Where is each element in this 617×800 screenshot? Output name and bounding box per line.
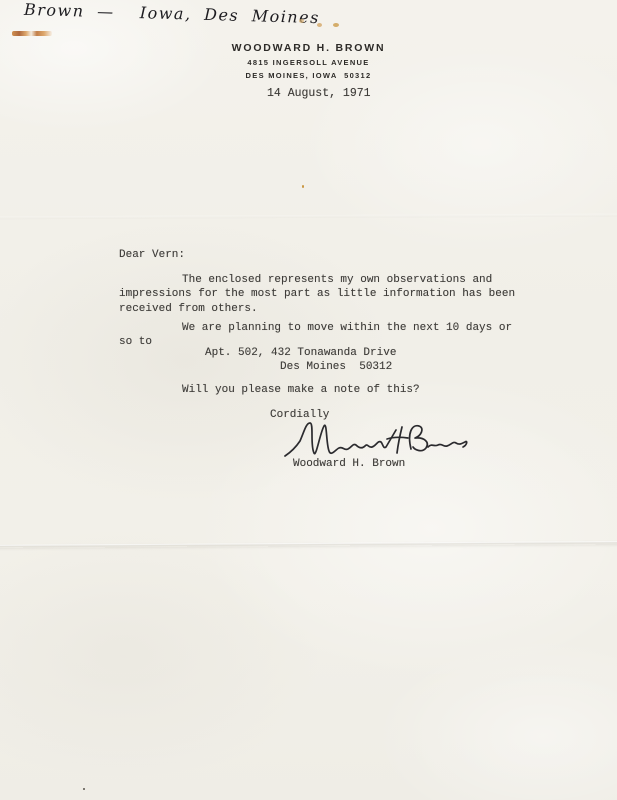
rust-stain-dot (317, 23, 322, 27)
fold-crease-upper (0, 214, 617, 220)
body-line: so to (119, 336, 152, 349)
handwritten-annotation: Brown — Iowa, Des Moines (24, 0, 320, 27)
fold-crease-lower (0, 541, 617, 548)
paper-speck (83, 788, 85, 790)
paper-speck (302, 185, 304, 188)
rust-stain-dot (333, 23, 339, 27)
letterhead-address-line1: 4815 INGERSOLL AVENUE (0, 58, 617, 67)
letterhead: WOODWARD H. BROWN 4815 INGERSOLL AVENUE … (0, 42, 617, 80)
letterhead-address-line2: DES MOINES, IOWA 50312 (0, 71, 617, 80)
body-line: Will you please make a note of this? (182, 384, 420, 397)
rust-stain-dot (299, 19, 304, 23)
letter-page: Brown — Iowa, Des Moines WOODWARD H. BRO… (0, 0, 617, 800)
new-address-line1: Apt. 502, 432 Tonawanda Drive (205, 347, 396, 360)
new-address-line2: Des Moines 50312 (280, 361, 392, 374)
body-line: The enclosed represents my own observati… (182, 274, 492, 287)
body-line: We are planning to move within the next … (182, 322, 512, 335)
rust-stain-smudge (12, 31, 52, 36)
date-line: 14 August, 1971 (267, 87, 371, 100)
typed-signature-name: Woodward H. Brown (293, 458, 405, 471)
greeting-line: Dear Vern: (119, 249, 185, 262)
body-line: impressions for the most part as little … (119, 288, 515, 301)
letterhead-name: WOODWARD H. BROWN (0, 42, 617, 54)
body-line: received from others. (119, 303, 258, 316)
